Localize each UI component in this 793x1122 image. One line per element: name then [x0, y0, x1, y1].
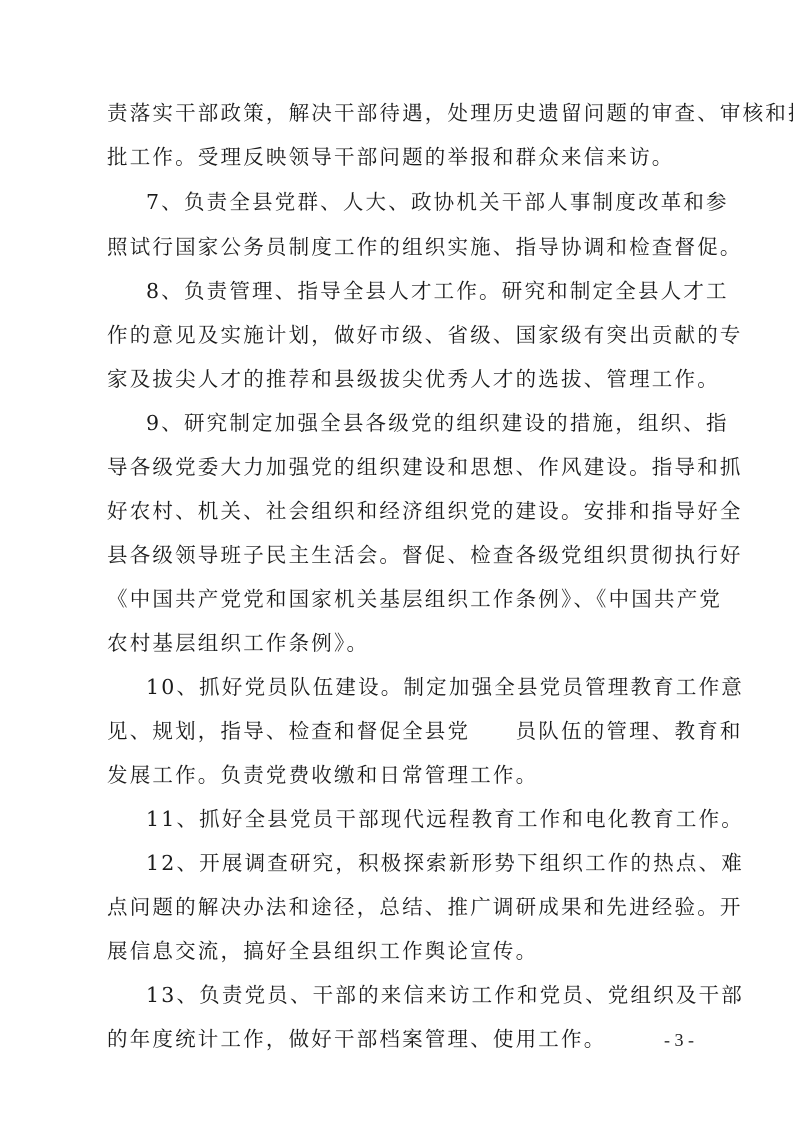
text-line: 的年度统计工作，做好干部档案管理、使用工作。: [107, 1024, 697, 1054]
text-line: 《中国共产党党和国家机关基层组织工作条例》、《中国共产党: [107, 584, 697, 614]
text-line: 照试行国家公务员制度工作的组织实施、指导协调和检查督促。: [107, 232, 697, 262]
item-8-line: 8、负责管理、指导全县人才工作。研究和制定全县人才工: [146, 276, 736, 306]
text-line: 见、规划，指导、检查和督促全县党 员队伍的管理、教育和: [107, 716, 697, 746]
item-13-line: 13、负责党员、干部的来信来访工作和党员、党组织及干部: [146, 980, 736, 1010]
item-7-line: 7、负责全县党群、人大、政协机关干部人事制度改革和参: [146, 187, 736, 217]
item-11-line: 11、抓好全县党员干部现代远程教育工作和电化教育工作。: [146, 804, 736, 834]
text-line: 展信息交流，搞好全县组织工作舆论宣传。: [107, 936, 697, 966]
text-line: 好农村、机关、社会组织和经济组织党的建设。安排和指导好全: [107, 496, 697, 526]
text-line: 作的意见及实施计划，做好市级、省级、国家级有突出贡献的专: [107, 320, 697, 350]
item-10-line: 10、抓好党员队伍建设。制定加强全县党员管理教育工作意: [146, 672, 736, 702]
text-line: 导各级党委大力加强党的组织建设和思想、作风建设。指导和抓: [107, 452, 697, 482]
item-9-line: 9、研究制定加强全县各级党的组织建设的措施，组织、指: [146, 408, 736, 438]
text-line: 农村基层组织工作条例》。: [107, 628, 697, 658]
text-line: 家及拔尖人才的推荐和县级拔尖优秀人才的选拔、管理工作。: [107, 364, 697, 394]
item-12-line: 12、开展调查研究，积极探索新形势下组织工作的热点、难: [146, 848, 736, 878]
page-number: - 3 -: [664, 1030, 694, 1051]
text-line: 县各级领导班子民主生活会。督促、检查各级党组织贯彻执行好: [107, 540, 697, 570]
text-line: 批工作。受理反映领导干部问题的举报和群众来信来访。: [107, 142, 697, 172]
text-line: 发展工作。负责党费收缴和日常管理工作。: [107, 760, 697, 790]
text-line: 点问题的解决办法和途径，总结、推广调研成果和先进经验。开: [107, 892, 697, 922]
text-line: 责落实干部政策，解决干部待遇，处理历史遗留问题的审查、审核和报: [107, 98, 697, 128]
